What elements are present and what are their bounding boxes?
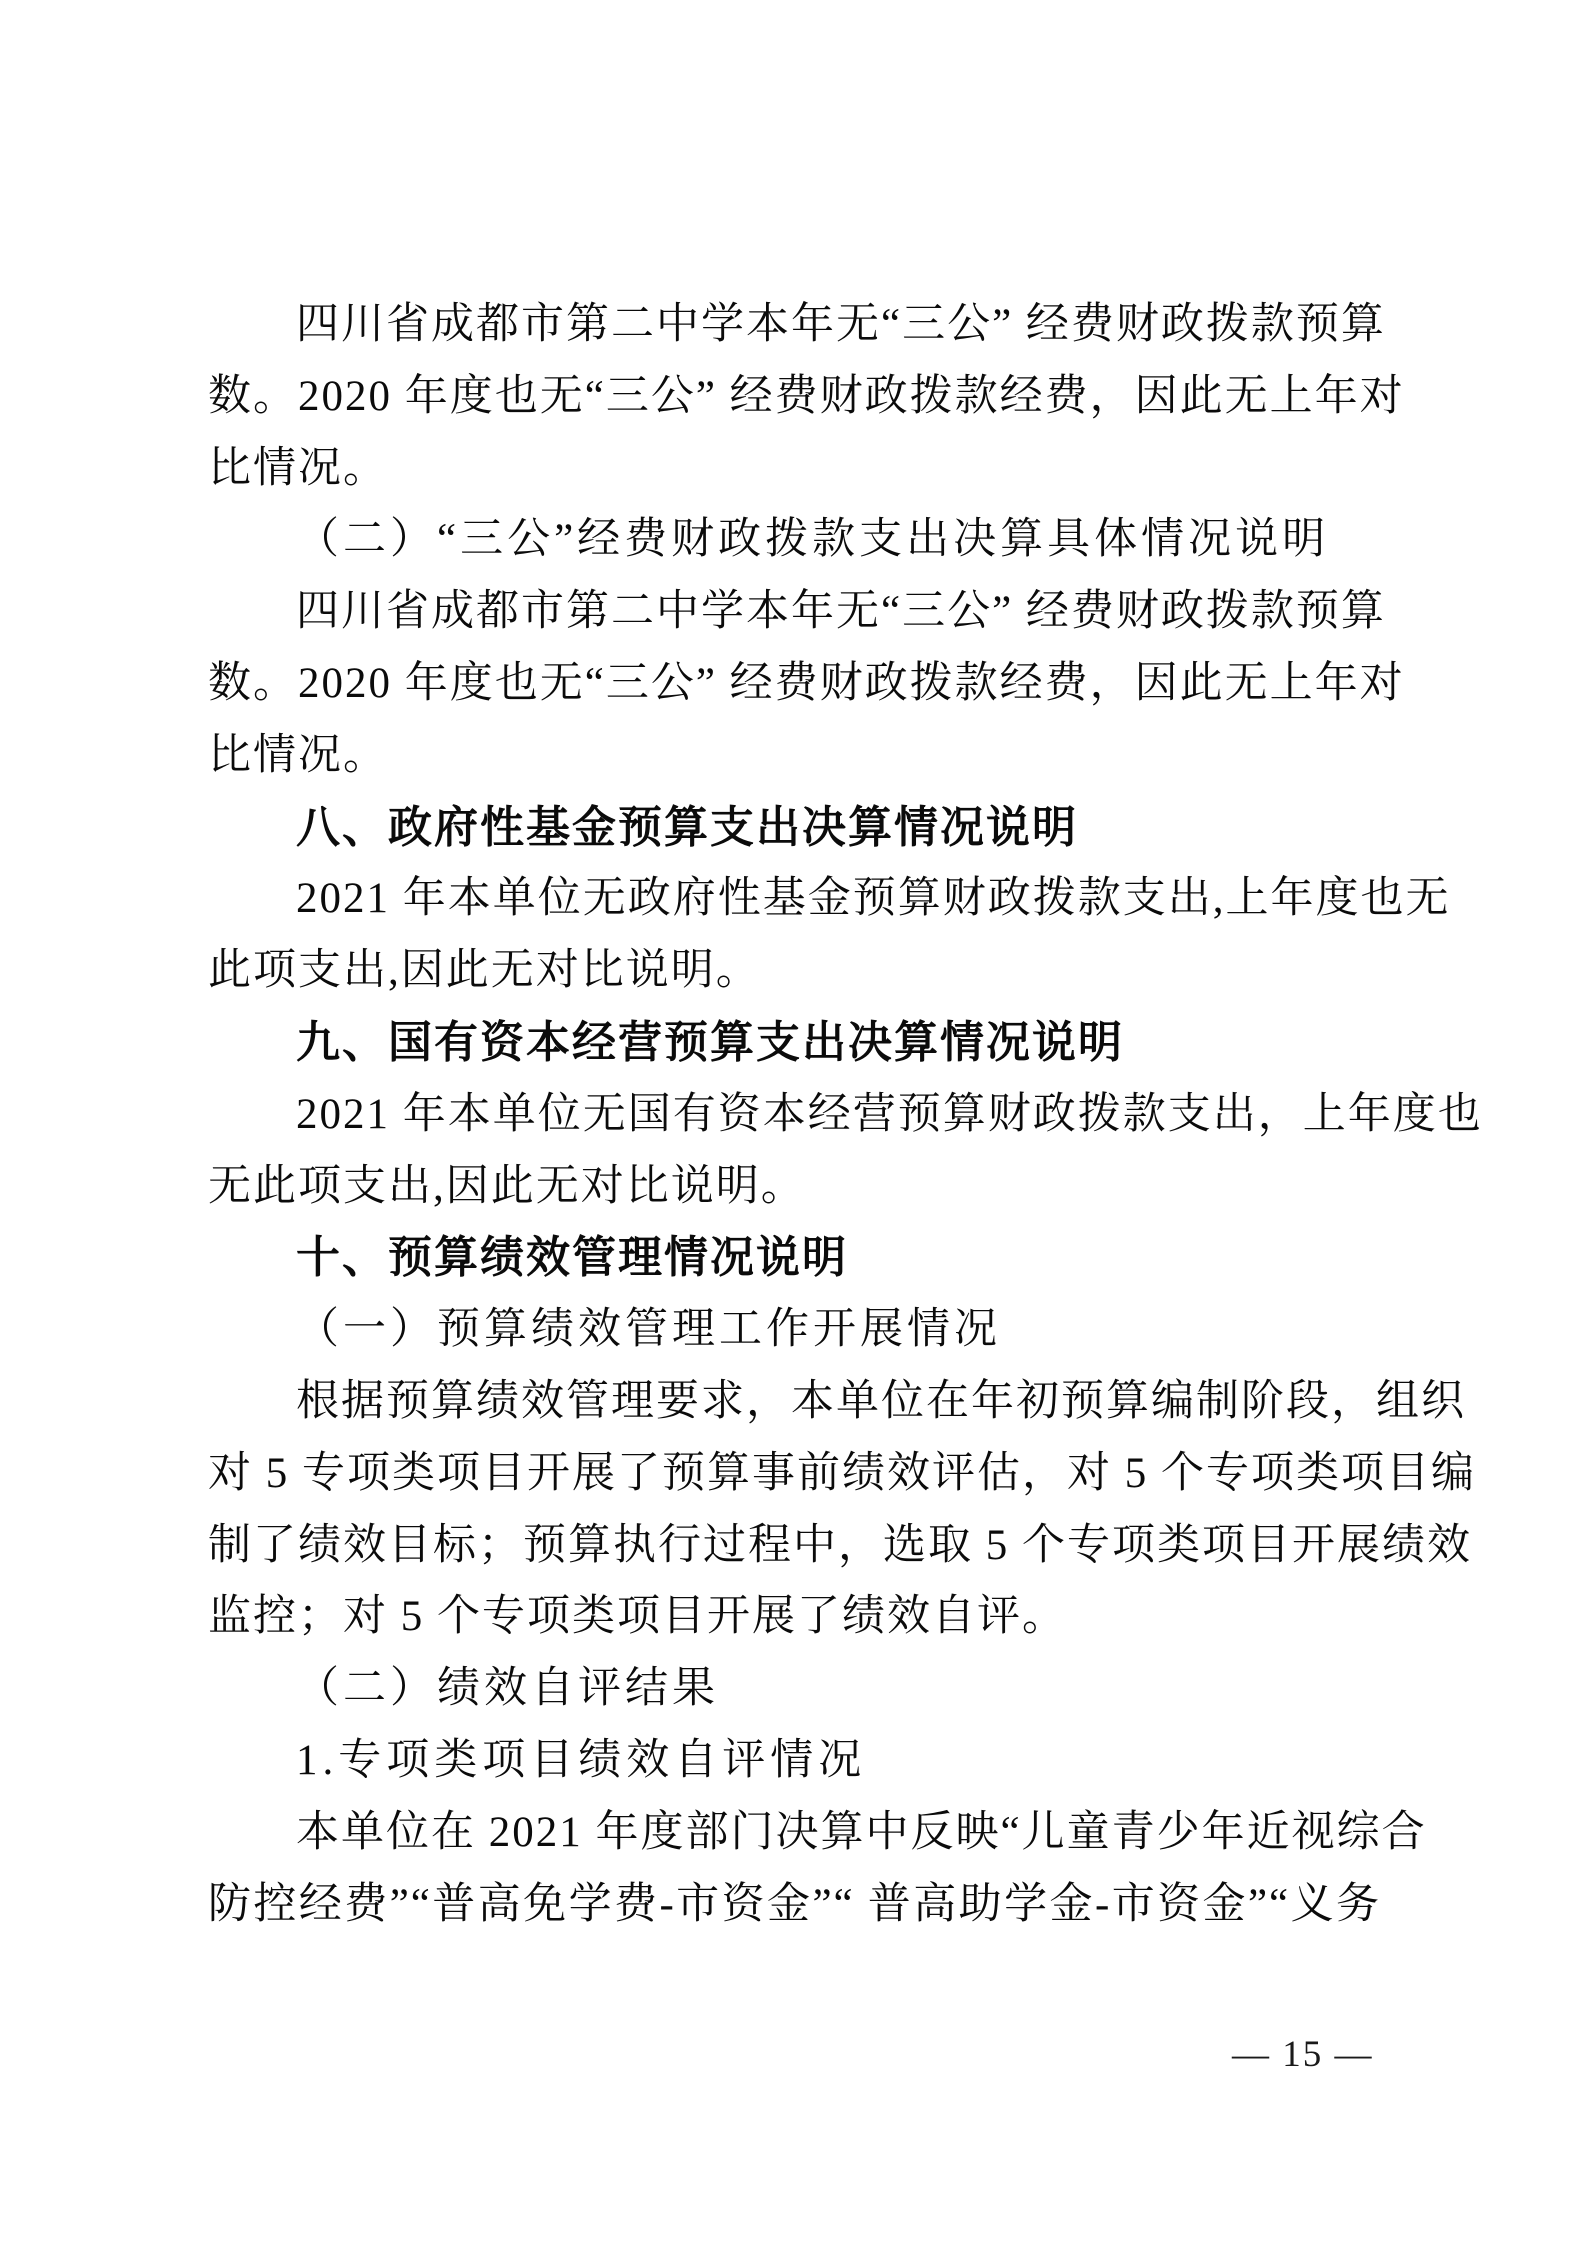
text-line: 根据预算绩效管理要求，本单位在年初预算编制阶段，组织 bbox=[208, 1366, 1381, 1438]
text-line: 对 5 专项类项目开展了预算事前绩效评估，对 5 个专项类项目编 bbox=[208, 1438, 1381, 1510]
text-line: 防控经费”“普高免学费-市资金”“ 普高助学金-市资金”“义务 bbox=[208, 1869, 1381, 1941]
text-line: 四川省成都市第二中学本年无“三公” 经费财政拨款预算 bbox=[208, 576, 1381, 648]
text-line: 本单位在 2021 年度部门决算中反映“儿童青少年近视综合 bbox=[208, 1797, 1381, 1869]
text-line: 八、政府性基金预算支出决算情况说明 bbox=[208, 792, 1381, 864]
text-line: 监控；对 5 个专项类项目开展了绩效自评。 bbox=[208, 1581, 1381, 1653]
text-line: 无此项支出,因此无对比说明。 bbox=[208, 1151, 1381, 1223]
document-body: 四川省成都市第二中学本年无“三公” 经费财政拨款预算数。2020 年度也无“三公… bbox=[208, 289, 1381, 1940]
text-line: 九、国有资本经营预算支出决算情况说明 bbox=[208, 1007, 1381, 1079]
text-line: 1.专项类项目绩效自评情况 bbox=[208, 1725, 1381, 1797]
text-line: 2021 年本单位无政府性基金预算财政拨款支出,上年度也无 bbox=[208, 863, 1381, 935]
text-line: 比情况。 bbox=[208, 433, 1381, 505]
text-line: （二）绩效自评结果 bbox=[208, 1653, 1381, 1725]
text-line: 制了绩效目标；预算执行过程中，选取 5 个专项类项目开展绩效 bbox=[208, 1510, 1381, 1582]
text-line: 2021 年本单位无国有资本经营预算财政拨款支出，上年度也 bbox=[208, 1079, 1381, 1151]
document-page: 四川省成都市第二中学本年无“三公” 经费财政拨款预算数。2020 年度也无“三公… bbox=[0, 0, 1587, 2245]
text-line: 数。2020 年度也无“三公” 经费财政拨款经费，因此无上年对 bbox=[208, 361, 1381, 433]
text-line: 此项支出,因此无对比说明。 bbox=[208, 935, 1381, 1007]
text-line: 十、预算绩效管理情况说明 bbox=[208, 1222, 1381, 1294]
text-line: （一）预算绩效管理工作开展情况 bbox=[208, 1294, 1381, 1366]
page-number: — 15 — bbox=[1232, 2032, 1374, 2078]
text-line: （二）“三公”经费财政拨款支出决算具体情况说明 bbox=[208, 504, 1381, 576]
text-line: 四川省成都市第二中学本年无“三公” 经费财政拨款预算 bbox=[208, 289, 1381, 361]
text-line: 数。2020 年度也无“三公” 经费财政拨款经费，因此无上年对 bbox=[208, 648, 1381, 720]
text-line: 比情况。 bbox=[208, 720, 1381, 792]
